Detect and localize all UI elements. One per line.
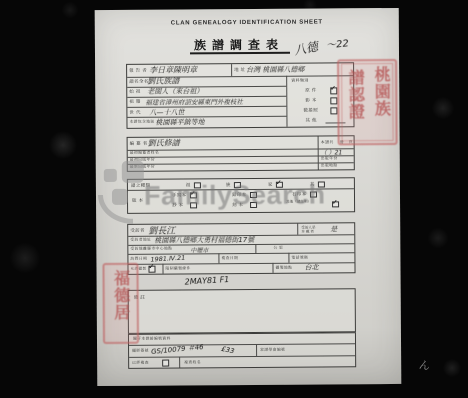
title-underline: [190, 52, 290, 55]
scan-background: CLAN GENEALOGY IDENTIFICATION SHEET 族譜調查…: [0, 0, 468, 398]
divider: [297, 224, 298, 235]
phone-label: 電話號碼: [291, 255, 308, 260]
top-right-seal-stamp: 桃園族 譜認證: [337, 59, 398, 145]
divider: [162, 263, 163, 274]
material-microfilm-checkbox: [330, 107, 337, 114]
check-icon: ✓: [148, 263, 154, 271]
rechecker-label: 複查姓名: [184, 360, 201, 365]
genealogy-title-label: 譜名全名: [129, 79, 149, 85]
divider: [218, 253, 219, 263]
seal-text-column: 桃園族: [372, 66, 388, 117]
distance-value: 中壢市: [190, 245, 208, 254]
handwritten-place: 八德: [293, 38, 320, 59]
address-value: 台灣 桃園縣八德鄉: [246, 65, 304, 75]
pub-place-label: 出版地點: [321, 163, 338, 168]
divider: [286, 75, 287, 127]
ancestral-home-label: 祖 籍: [129, 99, 140, 105]
material-other-label: 其 他: [305, 118, 316, 124]
sheet-chinese-title: 族譜調查表: [194, 36, 284, 54]
bottom-left-seal-stamp: 福德居: [102, 263, 139, 344]
filming-place-label: 攝製地點: [275, 265, 292, 270]
rechecked-label: 已經複查: [132, 360, 149, 365]
version-other-checkbox: ✓: [332, 201, 339, 208]
ancestral-home-value: 福建省漳州府詔安縣東門外複枝社: [145, 97, 243, 107]
divider: [288, 253, 289, 263]
material-original-label: 原 件: [305, 88, 316, 94]
interview-info-table: 受訪者 劉長江 受訪人是 本 藏 者 是 受訪者地址 桃園縣八德鄉大勇村福德街1…: [127, 222, 355, 275]
volumes-label-a: 本譜共: [321, 139, 334, 145]
material-microfilm-label: 微捲照: [303, 108, 318, 114]
area-covered-label: 本譜包含地區: [129, 120, 154, 125]
generations-value: 八—十八世: [149, 107, 184, 117]
first-ancestor-value: 老閩人（來台祖）: [147, 86, 203, 96]
film-number-label: 攝影番號: [132, 349, 149, 354]
collection-info-table: 報 告 者 李日章陳明章 地 址 台灣 桃園縣八德鄉 譜名全名 劉氏族譜 始 祖…: [126, 62, 354, 129]
reporter-label: 報 告 者: [129, 68, 147, 74]
area-covered-value: 桃園縣平鎮等地: [155, 117, 204, 127]
interviewee-address-value: 桃園縣八德鄉大勇村福德街17號: [154, 235, 254, 246]
allow-filming-checkbox: ✓: [148, 266, 155, 273]
rechecked-checkbox: [162, 360, 169, 367]
material-original-checkbox: ✓: [330, 87, 337, 94]
interviewee-address-label: 受訪者地址: [130, 238, 151, 243]
divider: [256, 344, 257, 356]
first-compiler-label: 最初編纂者姓名: [130, 151, 159, 156]
pub-year-label: 出版年份: [321, 156, 338, 161]
is-owner-value: 是: [330, 224, 337, 234]
familysearch-watermark: FamilySearch: [144, 179, 326, 211]
compiler-value: 劉氏修譜: [148, 137, 180, 148]
reporter-value: 李日章陳明章: [149, 64, 197, 75]
margin-mark: ん: [418, 356, 431, 373]
compilation-info-table: 編 纂 者 劉氏修譜 本譜共 冊 頁 最初編纂者姓名 （ ）21 最初出版年份 …: [127, 135, 355, 172]
km-label: 公 里: [273, 246, 283, 251]
first-ancestor-label: 始 祖: [129, 89, 140, 95]
material-copy-checkbox: [330, 97, 337, 104]
material-type-header: 資料類別: [291, 78, 309, 84]
filming-place-value: 台北: [304, 263, 318, 273]
document-paper: CLAN GENEALOGY IDENTIFICATION SHEET 族譜調查…: [95, 8, 402, 386]
microfilm-table: 關于本微捲編號資料 攝影番號 GS/10079 ＃46 £33 家譜學會編號 已…: [128, 332, 356, 369]
volumes-value: （ ）21: [321, 147, 343, 156]
material-copy-label: 影 本: [305, 98, 316, 104]
generations-label: 世 代: [129, 110, 140, 116]
distance-label: 受訪地離縣市中心地點: [130, 247, 172, 252]
remarks-box: 備 註: [128, 288, 356, 334]
film-number-page: £33: [220, 345, 235, 356]
genealogy-title-value: 劉氏族譜: [147, 75, 179, 86]
divider: [318, 137, 319, 170]
is-owner-label-line2: 本 藏 者: [301, 230, 314, 234]
logo-square: [122, 161, 144, 183]
divider: [231, 64, 232, 76]
divider: [272, 262, 273, 273]
handwritten-number: 〜22: [325, 34, 349, 51]
sheet-english-title: CLAN GENEALOGY IDENTIFICATION SHEET: [95, 19, 399, 27]
interview-date-label: 訪問日期: [130, 256, 147, 261]
recheck-date-label: 複查日期: [221, 256, 238, 261]
divider: [179, 356, 180, 367]
logo-swoosh: [98, 195, 133, 224]
filming-note: 2MAY81 F1: [184, 275, 229, 287]
logo-square: [104, 169, 117, 182]
society-number-label: 家譜學會編號: [260, 348, 285, 353]
interviewee-label: 受訪者: [130, 228, 145, 234]
seal-text-column: 譜認證: [346, 69, 362, 120]
check-icon: ✓: [332, 198, 338, 206]
compiler-label: 編 纂 者: [130, 141, 148, 147]
seal-text-column: 福德居: [112, 270, 128, 321]
filming-conditions-label: 限制攝製條件: [165, 266, 190, 271]
divider: [255, 244, 256, 253]
check-icon: ✓: [330, 84, 336, 92]
address-label: 地 址: [234, 67, 245, 73]
